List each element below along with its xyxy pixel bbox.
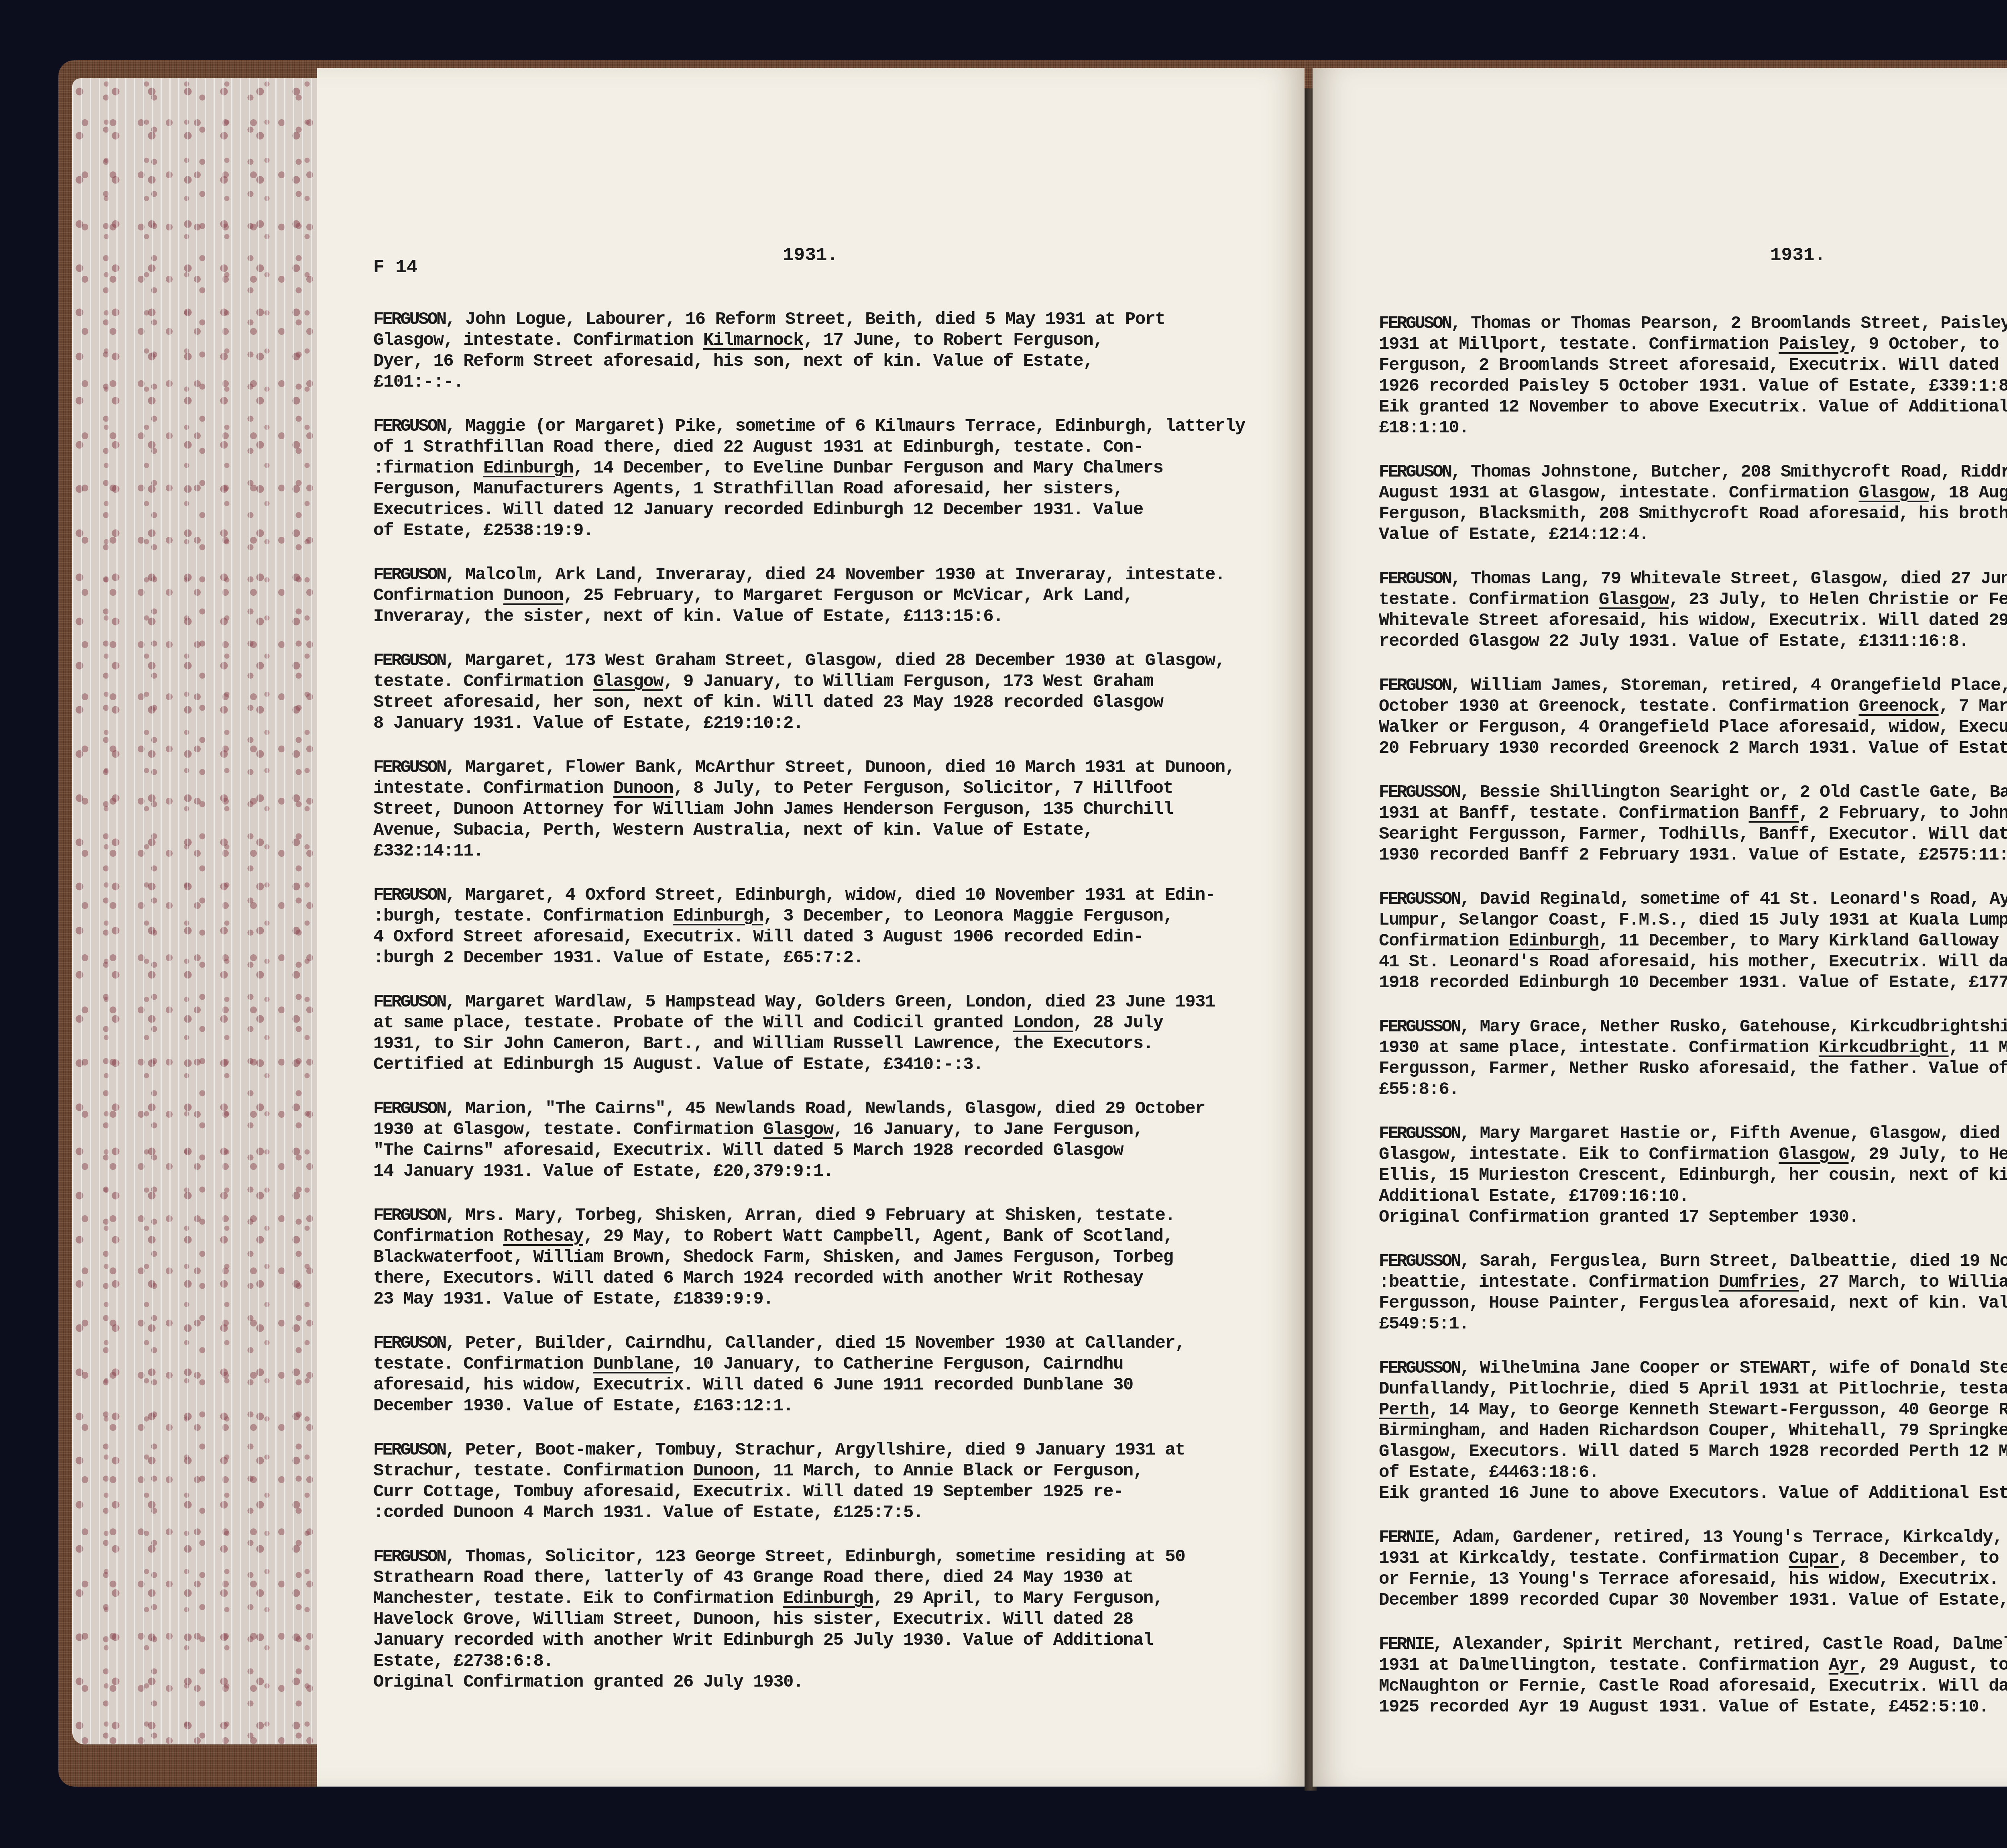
entry-line: FERGUSON, Margaret, 4 Oxford Street, Edi…	[446, 885, 1256, 906]
confirmation-court: Perth	[1379, 1400, 1429, 1420]
entry-line: there, Executors. Will dated 6 March 192…	[446, 1268, 1256, 1289]
register-entry: FERGUSON, Margaret, Flower Bank, McArthu…	[373, 757, 1256, 862]
entry-line: of Estate, £4463:18:6.	[1451, 1462, 2007, 1483]
register-entry: FERGUSON, William James, Storeman, retir…	[1379, 675, 2007, 759]
entry-line: £55:8:6.	[1451, 1079, 2007, 1100]
entry-line: 1931 at Kirkcaldy, testate. Confirmation…	[1451, 1548, 2007, 1569]
entry-surname: FERGUSON	[1379, 462, 1451, 482]
entry-line: Certified at Edinburgh 15 August. Value …	[446, 1054, 1256, 1075]
entry-line: December 1930. Value of Estate, £163:12:…	[446, 1396, 1256, 1416]
confirmation-court: Edinburgh	[783, 1589, 873, 1609]
entry-line: FERGUSON, Thomas or Thomas Pearson, 2 Br…	[1451, 313, 2007, 334]
entry-line: of Estate, £2538:19:9.	[446, 520, 1256, 541]
entry-surname: FERGUSON	[1379, 676, 1451, 696]
entry-line: Street aforesaid, her son, next of kin. …	[446, 692, 1256, 713]
register-entry: FERGUSON, Margaret Wardlaw, 5 Hampstead …	[373, 992, 1256, 1075]
entry-line: FERGUSSON, Sarah, Ferguslea, Burn Street…	[1451, 1251, 2007, 1272]
entry-line: or Fernie, 13 Young's Terrace aforesaid,…	[1451, 1569, 2007, 1590]
entry-line: 4 Oxford Street aforesaid, Executrix. Wi…	[446, 927, 1256, 947]
entry-line: 1930 at same place, intestate. Confirmat…	[1451, 1037, 2007, 1058]
entry-line: August 1931 at Glasgow, intestate. Confi…	[1451, 483, 2007, 503]
entry-line: "The Cairns" aforesaid, Executrix. Will …	[446, 1140, 1256, 1161]
entry-line: FERGUSSON, David Reginald, sometime of 4…	[1451, 889, 2007, 910]
confirmation-court: Kirkcudbright	[1819, 1038, 1949, 1058]
entry-line: :firmation Edinburgh, 14 December, to Ev…	[446, 458, 1256, 479]
entry-line: :burgh, testate. Confirmation Edinburgh,…	[446, 906, 1256, 927]
right-page: 1931. F 15 FERGUSON, Thomas or Thomas Pe…	[1313, 68, 2007, 1787]
entry-line: £332:14:11.	[446, 841, 1256, 862]
entry-line: Fergusson, Farmer, Nether Rusko aforesai…	[1451, 1058, 2007, 1079]
entry-surname: FERGUSON	[373, 1206, 445, 1226]
entry-line: testate. Confirmation Glasgow, 23 July, …	[1451, 589, 2007, 610]
entry-line: Glasgow, intestate. Confirmation Kilmarn…	[446, 330, 1256, 351]
entry-line: FERGUSSON, Mary Margaret Hastie or, Fift…	[1451, 1123, 2007, 1144]
entry-line: Ferguson, Blacksmith, 208 Smithycroft Ro…	[1451, 503, 2007, 524]
entry-line: 14 January 1931. Value of Estate, £20,37…	[446, 1161, 1256, 1182]
entry-line: 1926 recorded Paisley 5 October 1931. Va…	[1451, 376, 2007, 397]
register-entry: FERGUSON, Thomas Johnstone, Butcher, 208…	[1379, 462, 2007, 545]
entry-surname: FERGUSSON	[1379, 1017, 1460, 1037]
entry-line: Inveraray, the sister, next of kin. Valu…	[446, 606, 1256, 627]
page-year-heading: 1931.	[1770, 245, 1826, 266]
entry-surname: FERGUSON	[1379, 314, 1451, 334]
entry-line: Estate, £2738:6:8.	[446, 1651, 1256, 1672]
entry-line: Fergusson, House Painter, Ferguslea afor…	[1451, 1293, 2007, 1314]
entry-line: FERGUSSON, Mary Grace, Nether Rusko, Gat…	[1451, 1017, 2007, 1037]
entry-line: :burgh 2 December 1931. Value of Estate,…	[446, 947, 1256, 968]
entry-line: at same place, testate. Probate of the W…	[446, 1013, 1256, 1033]
entry-surname: FERGUSSON	[1379, 1358, 1460, 1378]
entry-line: Confirmation Rothesay, 29 May, to Robert…	[446, 1226, 1256, 1247]
register-entry: FERNIE, Adam, Gardener, retired, 13 Youn…	[1379, 1527, 2007, 1611]
entry-line: Curr Cottage, Tombuy aforesaid, Executri…	[446, 1481, 1256, 1502]
entry-surname: FERGUSON	[373, 1440, 445, 1460]
entry-surname: FERGUSON	[1379, 569, 1451, 589]
entry-surname: FERGUSSON	[1379, 1124, 1460, 1144]
entry-line: Ferguson, 2 Broomlands Street aforesaid,…	[1451, 355, 2007, 376]
entry-line: Searight Fergusson, Farmer, Todhills, Ba…	[1451, 824, 2007, 845]
entry-surname: FERGUSON	[373, 651, 445, 671]
entry-line: testate. Confirmation Glasgow, 9 January…	[446, 671, 1256, 692]
entry-line: McNaughton or Fernie, Castle Road afores…	[1451, 1676, 2007, 1697]
confirmation-court: Glasgow	[1779, 1145, 1848, 1165]
entry-line: Additional Estate, £1709:16:10.	[1451, 1186, 2007, 1207]
entry-line: testate. Confirmation Dunblane, 10 Janua…	[446, 1354, 1256, 1375]
entry-line: FERGUSON, Thomas Johnstone, Butcher, 208…	[1451, 462, 2007, 483]
entry-line: FERGUSON, Thomas, Solicitor, 123 George …	[446, 1546, 1256, 1567]
entry-surname: FERGUSON	[373, 992, 445, 1012]
register-entry: FERGUSON, Malcolm, Ark Land, Inveraray, …	[373, 564, 1256, 627]
entry-line: Blackwaterfoot, William Brown, Shedock F…	[446, 1247, 1256, 1268]
entry-line: Whitevale Street aforesaid, his widow, E…	[1451, 610, 2007, 631]
entry-line: 1918 recorded Edinburgh 10 December 1931…	[1451, 972, 2007, 993]
register-entry: FERGUSSON, Mary Grace, Nether Rusko, Gat…	[1379, 1017, 2007, 1100]
entry-surname: FERGUSON	[373, 310, 445, 330]
register-entry: FERNIE, Alexander, Spirit Merchant, reti…	[1379, 1634, 2007, 1718]
entry-line: FERGUSON, William James, Storeman, retir…	[1451, 675, 2007, 696]
confirmation-court: Banff	[1748, 803, 1799, 823]
entry-surname: FERGUSON	[373, 1547, 445, 1567]
entry-line: :corded Dunoon 4 March 1931. Value of Es…	[446, 1502, 1256, 1523]
register-entry: FERGUSSON, Wilhelmina Jane Cooper or STE…	[1379, 1358, 2007, 1504]
entry-line: £101:-:-.	[446, 372, 1256, 393]
confirmation-court: Kilmarnock	[703, 330, 803, 350]
register-entry: FERGUSON, Thomas Lang, 79 Whitevale Stre…	[1379, 568, 2007, 652]
confirmation-court: Greenock	[1858, 697, 1938, 717]
entry-line: Original Confirmation granted 26 July 19…	[446, 1672, 1256, 1693]
left-page: F 14 1931. FERGUSON, John Logue, Laboure…	[317, 68, 1305, 1787]
entry-line: 8 January 1931. Value of Estate, £219:10…	[446, 713, 1256, 734]
entry-surname: FERGUSON	[373, 565, 445, 585]
entry-line: Lumpur, Selangor Coast, F.M.S., died 15 …	[1451, 910, 2007, 931]
entry-line: Avenue, Subacia, Perth, Western Australi…	[446, 820, 1256, 841]
entry-line: FERNIE, Adam, Gardener, retired, 13 Youn…	[1451, 1527, 2007, 1548]
confirmation-court: Edinburgh	[1509, 931, 1599, 951]
entry-line: Confirmation Edinburgh, 11 December, to …	[1451, 931, 2007, 952]
entry-line: Glasgow, intestate. Eik to Confirmation …	[1451, 1144, 2007, 1165]
entry-line: 20 February 1930 recorded Greenock 2 Mar…	[1451, 738, 2007, 759]
entry-line: Value of Estate, £214:12:4.	[1451, 524, 2007, 545]
entry-line: £549:5:1.	[1451, 1314, 2007, 1335]
entry-line: Original Confirmation granted 17 Septemb…	[1451, 1207, 2007, 1228]
confirmation-court: Ayr	[1829, 1655, 1859, 1675]
confirmation-court: Dunoon	[693, 1461, 753, 1481]
entry-line: :beattie, intestate. Confirmation Dumfri…	[1451, 1272, 2007, 1293]
entry-line: 41 St. Leonard's Road aforesaid, his mot…	[1451, 952, 2007, 972]
entry-line: £18:1:10.	[1451, 418, 2007, 438]
entry-line: Ferguson, Manufacturers Agents, 1 Strath…	[446, 479, 1256, 499]
confirmation-court: Dumfries	[1719, 1272, 1799, 1292]
entry-line: FERGUSSON, Bessie Shillington Searight o…	[1451, 782, 2007, 803]
confirmation-court: Edinburgh	[673, 906, 763, 926]
entry-line: FERGUSON, Marion, "The Cairns", 45 Newla…	[446, 1098, 1256, 1119]
left-page-edges-speckled	[72, 78, 321, 1744]
entry-line: 23 May 1931. Value of Estate, £1839:9:9.	[446, 1289, 1256, 1310]
register-entry: FERGUSON, Thomas, Solicitor, 123 George …	[373, 1546, 1256, 1693]
entry-line: Street, Dunoon Attorney for William John…	[446, 799, 1256, 820]
register-entry: FERGUSON, Margaret, 4 Oxford Street, Edi…	[373, 885, 1256, 968]
entry-line: Glasgow, Executors. Will dated 5 March 1…	[1451, 1441, 2007, 1462]
entry-line: FERGUSON, Margaret Wardlaw, 5 Hampstead …	[446, 992, 1256, 1013]
entry-line: 1931, to Sir John Cameron, Bart., and Wi…	[446, 1033, 1256, 1054]
entry-line: Executrices. Will dated 12 January recor…	[446, 499, 1256, 520]
entry-line: Strathearn Road there, latterly of 43 Gr…	[446, 1567, 1256, 1588]
entry-line: Perth, 14 May, to George Kenneth Stewart…	[1451, 1400, 2007, 1420]
confirmation-court: Paisley	[1779, 334, 1848, 355]
entry-line: Eik granted 12 November to above Executr…	[1451, 397, 2007, 418]
entry-line: Ellis, 15 Murieston Crescent, Edinburgh,…	[1451, 1165, 2007, 1186]
confirmation-court: Dunblane	[593, 1354, 673, 1374]
entry-line: Dunfallandy, Pitlochrie, died 5 April 19…	[1451, 1379, 2007, 1400]
entry-surname: FERGUSSON	[1379, 1251, 1460, 1271]
register-entry: FERGUSON, Peter, Boot-maker, Tombuy, Str…	[373, 1440, 1256, 1523]
entries-list: FERGUSON, Thomas or Thomas Pearson, 2 Br…	[1379, 313, 2007, 1741]
entry-line: 1925 recorded Ayr 19 August 1931. Value …	[1451, 1697, 2007, 1718]
entry-line: FERGUSON, Peter, Builder, Cairndhu, Call…	[446, 1333, 1256, 1354]
register-entry: FERGUSON, Margaret, 173 West Graham Stre…	[373, 650, 1256, 734]
register-entry: FERGUSON, Marion, "The Cairns", 45 Newla…	[373, 1098, 1256, 1182]
entry-line: Dyer, 16 Reform Street aforesaid, his so…	[446, 351, 1256, 372]
entry-line: 1930 at Glasgow, testate. Confirmation G…	[446, 1119, 1256, 1140]
entry-line: FERGUSSON, Wilhelmina Jane Cooper or STE…	[1451, 1358, 2007, 1379]
page-year-heading: 1931.	[783, 245, 838, 266]
register-entry: FERGUSSON, Sarah, Ferguslea, Burn Street…	[1379, 1251, 2007, 1335]
entry-line: intestate. Confirmation Dunoon, 8 July, …	[446, 778, 1256, 799]
entry-line: FERGUSON, Thomas Lang, 79 Whitevale Stre…	[1451, 568, 2007, 589]
confirmation-court: Edinburgh	[483, 458, 573, 478]
entry-line: Manchester, testate. Eik to Confirmation…	[446, 1588, 1256, 1609]
register-entry: FERGUSON, Peter, Builder, Cairndhu, Call…	[373, 1333, 1256, 1416]
confirmation-court: Rothesay	[503, 1227, 583, 1247]
entry-line: 1931 at Banff, testate. Confirmation Ban…	[1451, 803, 2007, 824]
entry-surname: FERGUSSON	[1379, 782, 1460, 803]
entries-list: FERGUSON, John Logue, Labourer, 16 Refor…	[373, 309, 1256, 1716]
entry-line: 1931 at Dalmellington, testate. Confirma…	[1451, 1655, 2007, 1676]
entry-line: FERGUSON, Maggie (or Margaret) Pike, som…	[446, 416, 1256, 437]
entry-line: FERGUSON, John Logue, Labourer, 16 Refor…	[446, 309, 1256, 330]
register-entry: FERGUSON, Thomas or Thomas Pearson, 2 Br…	[1379, 313, 2007, 438]
confirmation-court: Glasgow	[593, 672, 663, 692]
register-entry: FERGUSON, Mrs. Mary, Torbeg, Shisken, Ar…	[373, 1205, 1256, 1310]
entry-line: Birmingham, and Haden Richardson Couper,…	[1451, 1420, 2007, 1441]
entry-line: October 1930 at Greenock, testate. Confi…	[1451, 696, 2007, 717]
confirmation-court: Glasgow	[763, 1120, 833, 1140]
entry-line: FERGUSON, Peter, Boot-maker, Tombuy, Str…	[446, 1440, 1256, 1461]
entry-line: 1930 recorded Banff 2 February 1931. Val…	[1451, 845, 2007, 866]
entry-surname: FERGUSON	[373, 1333, 445, 1353]
confirmation-court: Cupar	[1789, 1548, 1839, 1569]
entry-surname: FERGUSON	[373, 416, 445, 436]
entry-line: FERGUSON, Margaret, 173 West Graham Stre…	[446, 650, 1256, 671]
entry-line: FERGUSON, Margaret, Flower Bank, McArthu…	[446, 757, 1256, 778]
entry-surname: FERNIE	[1379, 1634, 1433, 1654]
entry-line: FERGUSON, Mrs. Mary, Torbeg, Shisken, Ar…	[446, 1205, 1256, 1226]
entry-line: FERGUSON, Malcolm, Ark Land, Inveraray, …	[446, 564, 1256, 585]
entry-surname: FERGUSON	[373, 758, 445, 778]
entry-line: Havelock Grove, William Street, Dunoon, …	[446, 1609, 1256, 1630]
confirmation-court: Dunoon	[503, 586, 563, 606]
register-entry: FERGUSSON, Bessie Shillington Searight o…	[1379, 782, 2007, 866]
confirmation-court: London	[1013, 1013, 1073, 1033]
register-entry: FERGUSSON, Mary Margaret Hastie or, Fift…	[1379, 1123, 2007, 1228]
entry-line: FERNIE, Alexander, Spirit Merchant, reti…	[1451, 1634, 2007, 1655]
entry-line: Eik granted 16 June to above Executors. …	[1451, 1483, 2007, 1504]
register-entry: FERGUSON, John Logue, Labourer, 16 Refor…	[373, 309, 1256, 393]
entry-surname: FERGUSON	[373, 885, 445, 905]
entry-line: December 1899 recorded Cupar 30 November…	[1451, 1590, 2007, 1611]
entry-line: January recorded with another Writ Edinb…	[446, 1630, 1256, 1651]
page-number: F 14	[373, 257, 417, 278]
entry-line: recorded Glasgow 22 July 1931. Value of …	[1451, 631, 2007, 652]
entry-surname: FERGUSSON	[1379, 889, 1460, 909]
entry-line: Confirmation Dunoon, 25 February, to Mar…	[446, 585, 1256, 606]
confirmation-court: Glasgow	[1858, 483, 1928, 503]
entry-line: Walker or Ferguson, 4 Orangefield Place …	[1451, 717, 2007, 738]
entry-line: Strachur, testate. Confirmation Dunoon, …	[446, 1461, 1256, 1481]
entry-line: aforesaid, his widow, Executrix. Will da…	[446, 1375, 1256, 1396]
register-entry: FERGUSSON, David Reginald, sometime of 4…	[1379, 889, 2007, 993]
confirmation-court: Glasgow	[1599, 590, 1669, 610]
confirmation-court: Dunoon	[613, 778, 673, 799]
entry-line: of 1 Strathfillan Road there, died 22 Au…	[446, 437, 1256, 458]
entry-line: 1931 at Millport, testate. Confirmation …	[1451, 334, 2007, 355]
entry-surname: FERNIE	[1379, 1528, 1433, 1548]
register-entry: FERGUSON, Maggie (or Margaret) Pike, som…	[373, 416, 1256, 541]
entry-surname: FERGUSON	[373, 1099, 445, 1119]
